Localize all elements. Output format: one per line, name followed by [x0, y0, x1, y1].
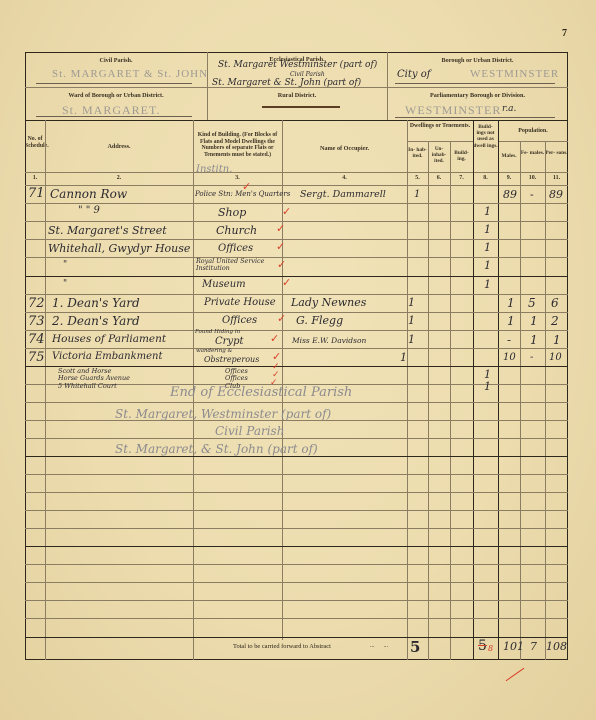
grid-row: [25, 312, 568, 313]
borough-value-hand: City of: [397, 69, 430, 80]
red-check-icon: ✓: [282, 276, 291, 289]
grid-row: [25, 257, 568, 258]
grid-row: [25, 474, 568, 475]
males: 10: [503, 352, 516, 363]
grid-row: [25, 582, 568, 583]
grid-row: [25, 438, 568, 439]
schedule-number: 72: [28, 296, 45, 311]
schedule-number: 73: [28, 314, 45, 329]
not-dwelling: 1: [484, 205, 491, 218]
females: -: [530, 352, 533, 363]
red-check-icon: ✓: [270, 332, 279, 345]
civil-parish-underline: [36, 83, 192, 84]
col-header-dwellings-group: Dwellings or Tenements.: [407, 123, 473, 130]
address: Horse Guards Avenue: [58, 374, 130, 382]
not-dwelling: 1: [484, 223, 491, 236]
males: 1: [507, 296, 515, 310]
red-check-icon: ✓: [242, 180, 251, 193]
grid-row: [25, 456, 568, 457]
address: ": [63, 260, 67, 270]
col-number: 2.: [45, 175, 193, 181]
total-persons: 108: [546, 640, 567, 653]
grid-col: [45, 120, 46, 660]
grid-row: [25, 330, 568, 331]
males: 89: [503, 188, 517, 201]
schedule-number: 74: [28, 332, 45, 347]
inhabited: 1: [408, 314, 415, 327]
grid-row: [25, 510, 568, 511]
total-females: 7: [530, 640, 537, 653]
persons: 6: [551, 296, 559, 310]
dwellings-group-rule: [407, 141, 473, 142]
grid-row: [25, 528, 568, 529]
schedule-number: 71: [28, 186, 45, 201]
kind-header-annotation: Institn.: [196, 164, 232, 175]
females: 1: [530, 314, 538, 328]
borough-label: Borough or Urban District.: [387, 57, 568, 64]
grid-row: [25, 600, 568, 601]
grid-col: [282, 120, 283, 640]
parliamentary-value-stamp: WESTMINSTER: [405, 103, 501, 118]
persons: 89: [549, 188, 563, 201]
red-check-mark: [506, 668, 525, 681]
kind-of-building: Shop: [218, 206, 246, 219]
grid-col: [498, 120, 499, 660]
kind-of-building: Royal United Service Institution: [196, 258, 278, 272]
occupier: G. Flegg: [296, 314, 343, 327]
females: 5: [528, 296, 536, 310]
grid-row: [25, 294, 568, 295]
col-number: 7.: [450, 175, 473, 181]
grid-row: [25, 239, 568, 240]
inhabited: 1: [408, 333, 415, 346]
not-dwelling: 1: [484, 259, 491, 272]
parliamentary-underline: [395, 117, 555, 118]
red-check-icon: ✓: [276, 240, 285, 253]
col-header-males: Males.: [498, 153, 520, 159]
occupier: Lady Newnes: [291, 296, 366, 309]
grid-row: [25, 492, 568, 493]
total-inhabited: 5: [410, 638, 420, 656]
address: St. Margaret's Street: [48, 224, 167, 237]
inhabited: 1: [414, 189, 420, 200]
totals-dots: ... ...: [370, 643, 388, 649]
address: 5 Whitehall Court: [58, 382, 117, 390]
red-check-icon: ✓: [277, 258, 286, 271]
col-number: 4.: [282, 175, 407, 181]
page-number: 7: [562, 28, 567, 39]
occupier: Miss E.W. Davidson: [292, 336, 366, 345]
grid-row: [25, 276, 568, 277]
parliamentary-value-hand: r.a.: [502, 104, 516, 114]
col-header-address: Address.: [45, 143, 193, 150]
borough-value-stamp: WESTMINSTER: [470, 68, 559, 80]
red-check-icon: ✓: [276, 222, 285, 235]
col-header-kind: Kind of Building. (For Blocks of Flats a…: [196, 132, 279, 159]
ward-label: Ward of Borough or Urban District.: [25, 92, 207, 99]
total-not-dwellings: 5: [478, 638, 487, 654]
inhabited: 1: [400, 351, 407, 364]
kind-note: Found Hiding in: [195, 329, 240, 335]
grid-row: [25, 348, 568, 349]
kind-note: wandering &: [196, 348, 232, 354]
rural-district-label: Rural District.: [207, 92, 387, 99]
persons: 10: [549, 352, 562, 363]
end-note-line-3: Civil Parish: [215, 424, 284, 438]
col-header-not-dwellings: Build- ings not used as dwell ings.: [473, 124, 498, 149]
rural-district-strike: [262, 106, 340, 108]
address: Houses of Parliament: [52, 333, 166, 345]
address: 1. Dean's Yard: [52, 296, 140, 310]
ecclesiastical-parish-value-1: St. Margaret Westminster (part of): [218, 60, 377, 70]
kind-of-building: Museum: [202, 279, 246, 290]
ward-underline: [36, 116, 192, 117]
col-header-uninhabited: Un- inhab- ited.: [428, 147, 450, 165]
totals-label: Total to be carried forward to Abstract: [233, 643, 331, 650]
population-group-rule: [498, 141, 568, 142]
end-note-line-1: End of Ecclesiastical Parish: [170, 385, 352, 400]
red-check-icon: ✓: [277, 312, 286, 325]
col-number: 10.: [520, 175, 545, 181]
kind-of-building: Crypt: [215, 336, 244, 347]
col-number: 1.: [25, 175, 45, 181]
header-bottom-rule: [25, 172, 568, 173]
address: " " 9: [78, 205, 100, 216]
col-header-females: Fe- males.: [520, 150, 545, 156]
kind-of-building: Church: [216, 224, 257, 237]
address: Victoria Embankment: [52, 351, 163, 362]
parliamentary-label: Parliamentary Borough or Division.: [387, 92, 568, 99]
total-not-dwellings-correction: 8: [488, 644, 493, 653]
col-header-schedule: No. of Schedule.: [25, 136, 45, 149]
col-number: 3.: [193, 175, 282, 181]
grid-col: [407, 120, 408, 660]
end-note-line-2: St. Margaret, Westminster (part of): [115, 407, 331, 421]
persons: 2: [551, 314, 559, 328]
col-header-persons: Per- sons.: [545, 150, 568, 156]
grid-row: [25, 546, 568, 547]
col-number: 8.: [473, 175, 498, 181]
borough-underline: [395, 83, 555, 84]
col-number-bottom-rule: [25, 185, 568, 186]
not-dwelling: 1: [484, 241, 491, 254]
address: Whitehall, Gwydyr House: [48, 242, 190, 255]
grid-row: [25, 618, 568, 619]
grid-row: [25, 402, 568, 403]
grid-row: [25, 221, 568, 222]
kind-of-building: Offices: [222, 315, 257, 326]
total-males: 101: [503, 640, 524, 653]
grid-row: [25, 564, 568, 565]
ecclesiastical-parish-insert: Civil Parish: [290, 71, 325, 78]
occupier: Sergt. Dammarell: [300, 189, 386, 200]
kind-of-building: Offices: [218, 243, 253, 254]
inhabited: 1: [408, 296, 415, 309]
grid-col: [473, 120, 474, 660]
col-header-occupier: Name of Occupier.: [282, 145, 407, 152]
address: 2. Dean's Yard: [52, 314, 140, 328]
col-number: 5.: [407, 175, 428, 181]
header-divider: [25, 120, 568, 121]
end-note-line-4: St. Margaret, & St. John (part of): [115, 442, 318, 456]
address: ": [63, 279, 67, 289]
address: Cannon Row: [50, 187, 127, 201]
females: 1: [530, 333, 538, 347]
civil-parish-label: Civil Parish.: [25, 57, 207, 64]
red-check-icon: ✓: [282, 205, 291, 218]
grid-row: [25, 203, 568, 204]
civil-parish-value: St. MARGARET & St. JOHN: [52, 68, 208, 80]
col-header-population-group: Population.: [498, 128, 568, 135]
col-header-building: Build- ing.: [450, 150, 473, 162]
col-header-inhabited: In- hab- ited.: [407, 147, 428, 159]
col-number: 9.: [498, 175, 520, 181]
males: 1: [507, 314, 515, 328]
not-dwelling: 1: [484, 380, 491, 393]
col-number: 6.: [428, 175, 450, 181]
col-number: 11.: [545, 175, 568, 181]
kind-of-building: Private House: [204, 297, 276, 308]
kind-of-building: Obstreperous: [204, 355, 259, 364]
persons: 1: [553, 333, 561, 347]
schedule-number: 75: [28, 350, 45, 365]
kind-of-building: Offices: [225, 374, 248, 382]
males: -: [507, 333, 511, 347]
ecclesiastical-parish-value-2: St. Margaret & St. John (part of): [212, 78, 361, 88]
females: -: [530, 188, 534, 201]
not-dwelling: 1: [484, 278, 491, 291]
